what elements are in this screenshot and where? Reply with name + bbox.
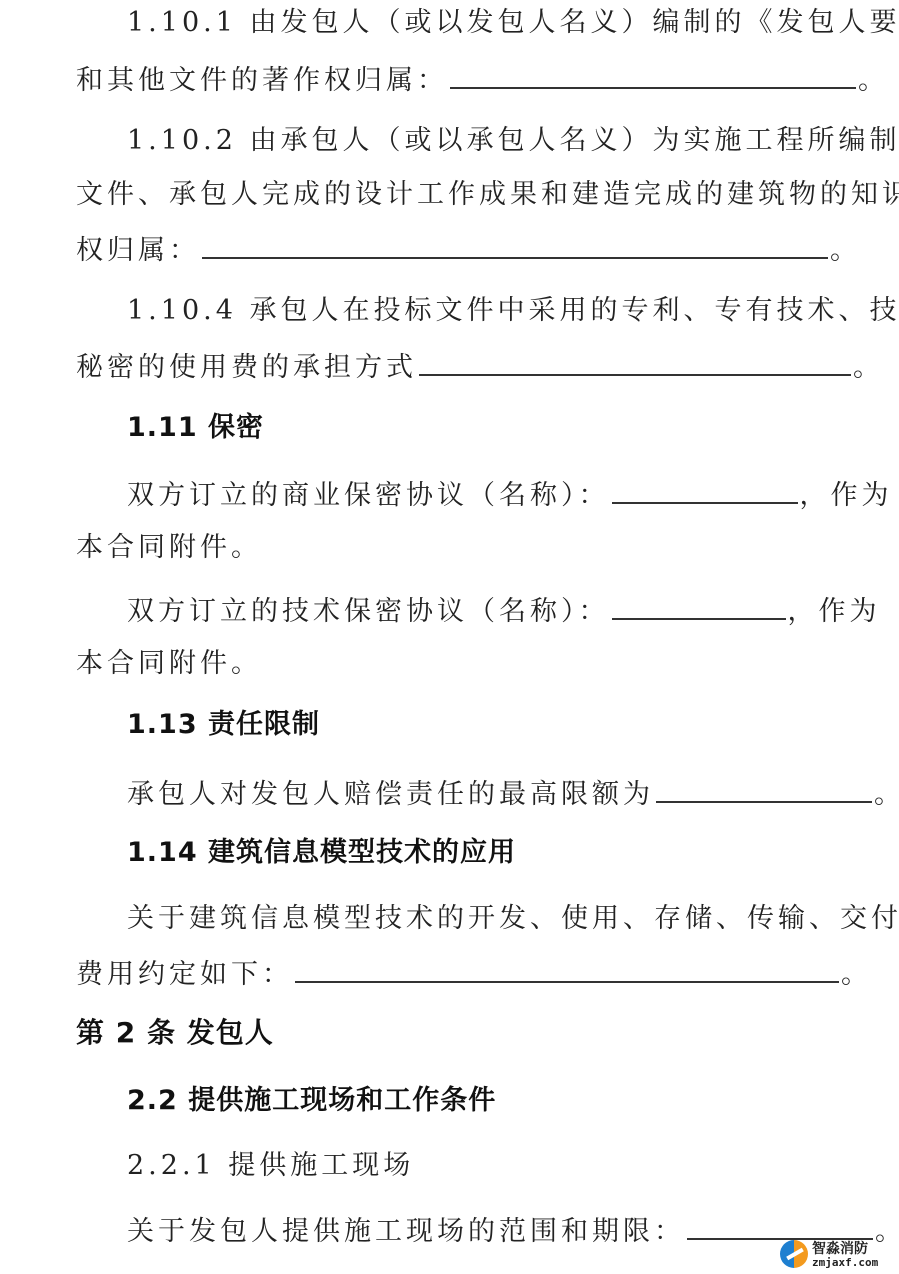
clause-1-10-1-line1: 1.10.1 由发包人（或以发包人名义）编制的《发包人要求》	[0, 6, 899, 40]
clause-1-10-2-line2: 文件、承包人完成的设计工作成果和建造完成的建筑物的知识产	[0, 178, 899, 212]
period: 。	[858, 65, 889, 96]
section-1-14-heading: 1.14 建筑信息模型技术的应用	[0, 836, 899, 870]
ip-ownership-blank[interactable]	[202, 231, 828, 259]
commercial-nda-line1: 双方订立的商业保密协议（名称）：，作为	[0, 476, 899, 513]
technical-nda-line2: 本合同附件。	[0, 647, 899, 681]
copyright-ownership-blank[interactable]	[450, 61, 856, 89]
site-scope-line: 关于发包人提供施工现场的范围和期限：。	[0, 1212, 899, 1249]
watermark: 智淼消防 zmjaxf.com	[780, 1238, 895, 1272]
site-scope-blank[interactable]	[687, 1212, 873, 1240]
clause-1-10-4-line1: 1.10.4 承包人在投标文件中采用的专利、专有技术、技术	[0, 294, 899, 328]
clause-1-10-2-line3: 权归属：。	[0, 231, 899, 268]
clause-2-2-1-heading: 2.2.1 提供施工现场	[0, 1149, 899, 1183]
section-2-2-heading: 2.2 提供施工现场和工作条件	[0, 1084, 899, 1118]
bim-line2: 费用约定如下：。	[0, 955, 899, 992]
period: 。	[841, 959, 872, 990]
article-2-heading: 第 2 条 发包人	[0, 1016, 899, 1050]
technical-nda-suffix: ，作为	[788, 596, 881, 627]
commercial-nda-suffix: ，作为	[800, 480, 893, 511]
watermark-url: zmjaxf.com	[812, 1256, 878, 1269]
watermark-name: 智淼消防	[812, 1238, 868, 1258]
bim-line1: 关于建筑信息模型技术的开发、使用、存储、传输、交付及	[0, 902, 899, 936]
liability-limit-line: 承包人对发包人赔偿责任的最高限额为。	[0, 775, 899, 812]
liability-limit-label: 承包人对发包人赔偿责任的最高限额为	[127, 779, 654, 810]
section-1-13-heading: 1.13 责任限制	[0, 708, 899, 742]
period: 。	[830, 235, 861, 266]
bim-agreement-blank[interactable]	[295, 955, 839, 983]
royalty-bearing-blank[interactable]	[419, 348, 851, 376]
clause-1-10-2-label: 权归属：	[76, 235, 200, 266]
clause-1-10-1-label: 和其他文件的著作权归属：	[76, 65, 448, 96]
clause-1-10-4-line2: 秘密的使用费的承担方式。	[0, 348, 899, 385]
site-scope-label: 关于发包人提供施工现场的范围和期限：	[127, 1216, 685, 1247]
clause-1-10-2-line1: 1.10.2 由承包人（或以承包人名义）为实施工程所编制的	[0, 124, 899, 158]
commercial-nda-label: 双方订立的商业保密协议（名称）：	[127, 480, 610, 511]
technical-nda-line1: 双方订立的技术保密协议（名称）：，作为	[0, 592, 899, 629]
section-1-11-heading: 1.11 保密	[0, 411, 899, 445]
commercial-nda-line2: 本合同附件。	[0, 531, 899, 565]
liability-limit-blank[interactable]	[656, 775, 872, 803]
period: 。	[874, 779, 899, 810]
bim-label: 费用约定如下：	[76, 959, 293, 990]
clause-1-10-1-line2: 和其他文件的著作权归属：。	[0, 61, 899, 98]
technical-nda-name-blank[interactable]	[612, 592, 786, 620]
technical-nda-label: 双方订立的技术保密协议（名称）：	[127, 596, 610, 627]
clause-1-10-4-label: 秘密的使用费的承担方式	[76, 352, 417, 383]
commercial-nda-name-blank[interactable]	[612, 476, 798, 504]
period: 。	[853, 352, 884, 383]
zm-logo-icon	[780, 1240, 808, 1268]
